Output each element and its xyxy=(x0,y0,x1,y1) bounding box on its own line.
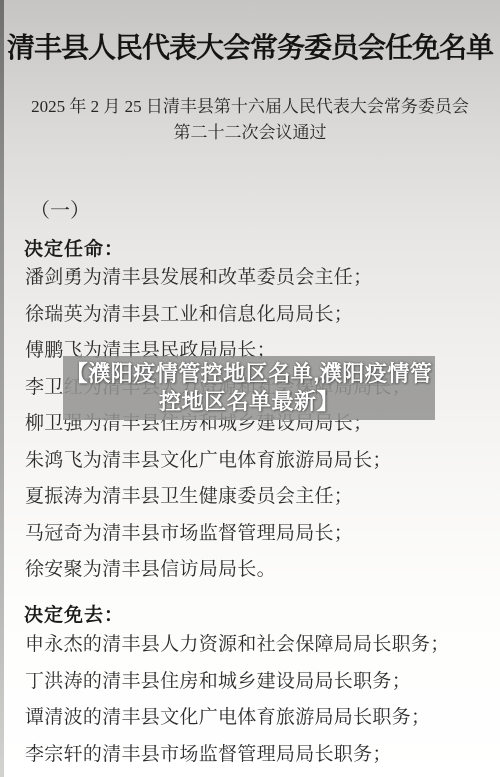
meeting-subtitle-line2: 第二十二次会议通过 xyxy=(0,120,500,146)
dismissal-line: 申永杰的清丰县人力资源和社会保障局局长职务； xyxy=(25,635,450,655)
dismissals-list: 申永杰的清丰县人力资源和社会保障局局长职务； 丁洪涛的清丰县住房和城乡建设局局长… xyxy=(25,635,450,765)
watermark-overlay: 【濮阳疫情管控地区名单,濮阳疫情管 控地区名单最新】 xyxy=(63,356,435,420)
appointment-line: 夏振涛为清丰县卫生健康委员会主任； xyxy=(25,487,411,507)
appointment-line: 潘剑勇为清丰县发展和改革委员会主任； xyxy=(25,268,411,288)
meeting-subtitle: 2025 年 2 月 25 日清丰县第十六届人民代表大会常务委员会 第二十二次会… xyxy=(0,94,500,146)
appointment-line: 马冠奇为清丰县市场监督管理局局长； xyxy=(25,524,411,544)
dismissal-line: 李宗轩的清丰县市场监督管理局局长职务； xyxy=(25,745,450,765)
appointments-heading: 决定任命： xyxy=(24,234,124,261)
meeting-subtitle-line1: 2025 年 2 月 25 日清丰县第十六届人民代表大会常务委员会 xyxy=(0,94,500,120)
appointments-list: 潘剑勇为清丰县发展和改革委员会主任； 徐瑞英为清丰县工业和信息化局局长； 傅鹏飞… xyxy=(25,268,411,580)
watermark-text-line1: 【濮阳疫情管控地区名单,濮阳疫情管 xyxy=(66,360,433,388)
appointment-line: 徐安聚为清丰县信访局局长。 xyxy=(25,560,411,580)
dismissal-line: 谭清波的清丰县文化广电体育旅游局局长职务； xyxy=(25,708,450,728)
appointment-line: 朱鸿飞为清丰县文化广电体育旅游局局长； xyxy=(25,451,411,471)
document-title: 清丰县人民代表大会常务委员会任免名单 xyxy=(0,26,500,66)
appointment-line: 徐瑞英为清丰县工业和信息化局局长； xyxy=(25,305,411,325)
watermark-text-line2: 控地区名单最新】 xyxy=(159,388,339,416)
dismissal-line: 丁洪涛的清丰县住房和城乡建设局局长职务； xyxy=(25,672,450,692)
dismissals-heading: 决定免去： xyxy=(24,600,124,627)
scanned-document-page: 清丰县人民代表大会常务委员会任免名单 2025 年 2 月 25 日清丰县第十六… xyxy=(0,0,500,777)
section-marker: （一） xyxy=(30,194,90,223)
